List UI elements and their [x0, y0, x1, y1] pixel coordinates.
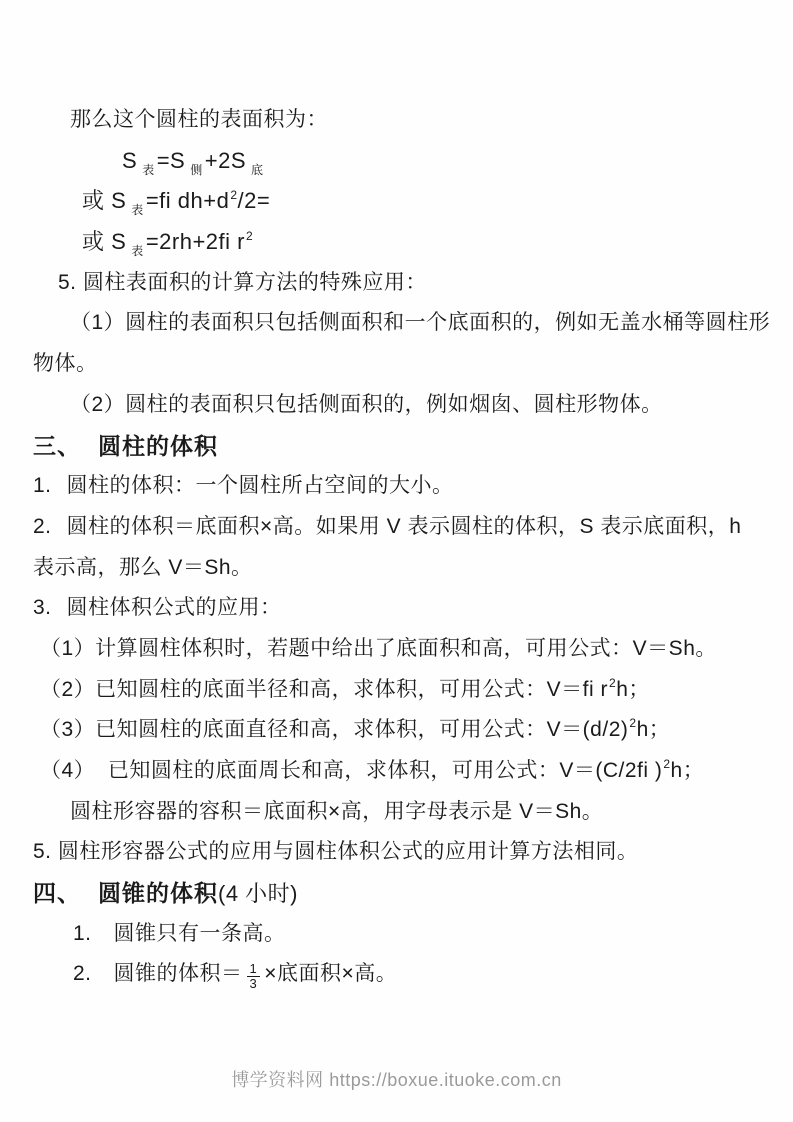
- section3-title: 圆柱的体积: [98, 433, 218, 459]
- item-text: 圆锥只有一条高。: [114, 922, 286, 945]
- section-heading-4: 四、圆锥的体积(4 小时): [33, 873, 763, 914]
- special-case1-continuation: 物体。: [33, 352, 98, 375]
- special-case1-text: （1）圆柱的表面积只包括侧面积和一个底面积的，例如无盖水桶等圆柱形: [70, 311, 770, 334]
- application-item1: （1）计算圆柱体积时，若题中给出了底面积和高，可用公式：V＝Sh。: [33, 629, 763, 670]
- footer-text: 博学资料网 https://boxue.ituoke.com.cn: [231, 1070, 562, 1090]
- application-item3: （3）已知圆柱的底面直径和高，求体积，可用公式：V＝(d/2)2h；: [33, 710, 763, 751]
- item5-surface-text: 5. 圆柱表面积的计算方法的特殊应用：: [58, 271, 427, 294]
- volume-item1: 1.圆柱的体积：一个圆柱所占空间的大小。: [33, 466, 763, 507]
- fraction-numerator: 1: [247, 962, 261, 978]
- subscript-ce: 侧: [190, 163, 203, 177]
- item5-surface-line: 5. 圆柱表面积的计算方法的特殊应用：: [33, 263, 763, 304]
- container-capacity-line: 圆柱形容器的容积＝底面积×高，用字母表示是 V＝Sh。: [33, 792, 763, 833]
- item-text: （2）已知圆柱的底面半径和高，求体积，可用公式：V＝fi r: [40, 678, 608, 701]
- section3-marker: 三、: [33, 426, 81, 467]
- item-continuation: 表示高，那么 V＝Sh。: [33, 556, 253, 579]
- item-number: 3.: [33, 588, 52, 629]
- item-number: 2.: [33, 507, 52, 548]
- item-text: 圆柱的体积：一个圆柱所占空间的大小。: [67, 474, 454, 497]
- item-number: 1.: [33, 466, 52, 507]
- item-number: 2.: [73, 954, 92, 995]
- special-case2-text: （2）圆柱的表面积只包括侧面积的，例如烟囱、圆柱形物体。: [70, 393, 663, 416]
- item5-container-line: 5. 圆柱形容器公式的应用与圆柱体积公式的应用计算方法相同。: [33, 832, 763, 873]
- fraction-one-third: 13: [247, 962, 261, 993]
- cone-item1: 1.圆锥只有一条高。: [33, 914, 763, 955]
- item5-container-text: 5. 圆柱形容器公式的应用与圆柱体积公式的应用计算方法相同。: [33, 840, 638, 863]
- item-text: h；: [616, 678, 650, 701]
- footer-watermark: 博学资料网 https://boxue.ituoke.com.cn: [0, 1066, 793, 1092]
- subscript-di: 底: [251, 163, 264, 177]
- section-heading-3: 三、圆柱的体积: [33, 426, 763, 467]
- formula-term: =S: [157, 148, 186, 173]
- fraction-denominator: 3: [247, 977, 261, 992]
- surface-area-formula-alt1: 或 S表=fi dh+d2/2=: [33, 181, 763, 222]
- container-capacity-text: 圆柱形容器的容积＝底面积×高，用字母表示是 V＝Sh。: [70, 800, 603, 823]
- cone-item2: 2.圆锥的体积＝13×底面积×高。: [33, 954, 763, 995]
- subscript-biao: 表: [131, 244, 144, 258]
- superscript-2: 2: [230, 188, 237, 202]
- document-content: 那么这个圆柱的表面积为： S表=S侧+2S底 或 S表=fi dh+d2/2= …: [0, 0, 793, 995]
- section4-title: 圆锥的体积: [98, 880, 218, 906]
- formula-term: +2S: [205, 148, 246, 173]
- subscript-biao: 表: [131, 203, 144, 217]
- special-case1-line2: 物体。: [33, 344, 763, 385]
- item-text: （4） 已知圆柱的底面周长和高，求体积，可用公式：V＝(C/2fi ): [40, 759, 662, 782]
- formula-term: 或 S: [82, 229, 126, 254]
- item-text: ×底面积×高。: [264, 962, 397, 985]
- formula-term: =fi dh+d: [146, 188, 230, 213]
- volume-item3: 3.圆柱体积公式的应用：: [33, 588, 763, 629]
- section4-marker: 四、: [33, 873, 81, 914]
- volume-item2-line1: 2.圆柱的体积＝底面积×高。如果用 V 表示圆柱的体积，S 表示底面积，h: [33, 507, 763, 548]
- application-item2: （2）已知圆柱的底面半径和高，求体积，可用公式：V＝fi r2h；: [33, 670, 763, 711]
- document-page: 那么这个圆柱的表面积为： S表=S侧+2S底 或 S表=fi dh+d2/2= …: [0, 0, 793, 1122]
- formula-term: 或 S: [82, 188, 126, 213]
- volume-item2-line2: 表示高，那么 V＝Sh。: [33, 548, 763, 589]
- item-number: 1.: [73, 914, 92, 955]
- superscript-2: 2: [609, 676, 616, 690]
- superscript-2: 2: [246, 229, 253, 243]
- item-text: h；: [671, 759, 705, 782]
- special-case1-line1: （1）圆柱的表面积只包括侧面积和一个底面积的，例如无盖水桶等圆柱形: [33, 303, 763, 344]
- superscript-2: 2: [663, 757, 670, 771]
- intro-text: 那么这个圆柱的表面积为：: [70, 108, 328, 131]
- formula-term: /2=: [238, 188, 271, 213]
- intro-line: 那么这个圆柱的表面积为：: [33, 100, 763, 141]
- surface-area-formula: S表=S侧+2S底: [33, 141, 763, 182]
- superscript-2: 2: [629, 716, 636, 730]
- item-text: 圆柱的体积＝底面积×高。如果用 V 表示圆柱的体积，S 表示底面积，h: [67, 515, 742, 538]
- special-case2-line: （2）圆柱的表面积只包括侧面积的，例如烟囱、圆柱形物体。: [33, 385, 763, 426]
- application-item4: （4） 已知圆柱的底面周长和高，求体积，可用公式：V＝(C/2fi )2h；: [33, 751, 763, 792]
- subscript-biao: 表: [142, 163, 155, 177]
- item-text: （3）已知圆柱的底面直径和高，求体积，可用公式：V＝(d/2): [40, 718, 628, 741]
- item-text: 圆锥的体积＝: [114, 962, 243, 985]
- formula-term: S: [122, 148, 137, 173]
- formula-term: =2rh+2fi r: [146, 229, 245, 254]
- item-text: 圆柱体积公式的应用：: [67, 596, 282, 619]
- surface-area-formula-alt2: 或 S表=2rh+2fi r2: [33, 222, 763, 263]
- item-text: （1）计算圆柱体积时，若题中给出了底面积和高，可用公式：V＝Sh。: [40, 637, 717, 660]
- section4-hours-suffix: (4 小时): [218, 881, 298, 906]
- item-text: h；: [637, 718, 671, 741]
